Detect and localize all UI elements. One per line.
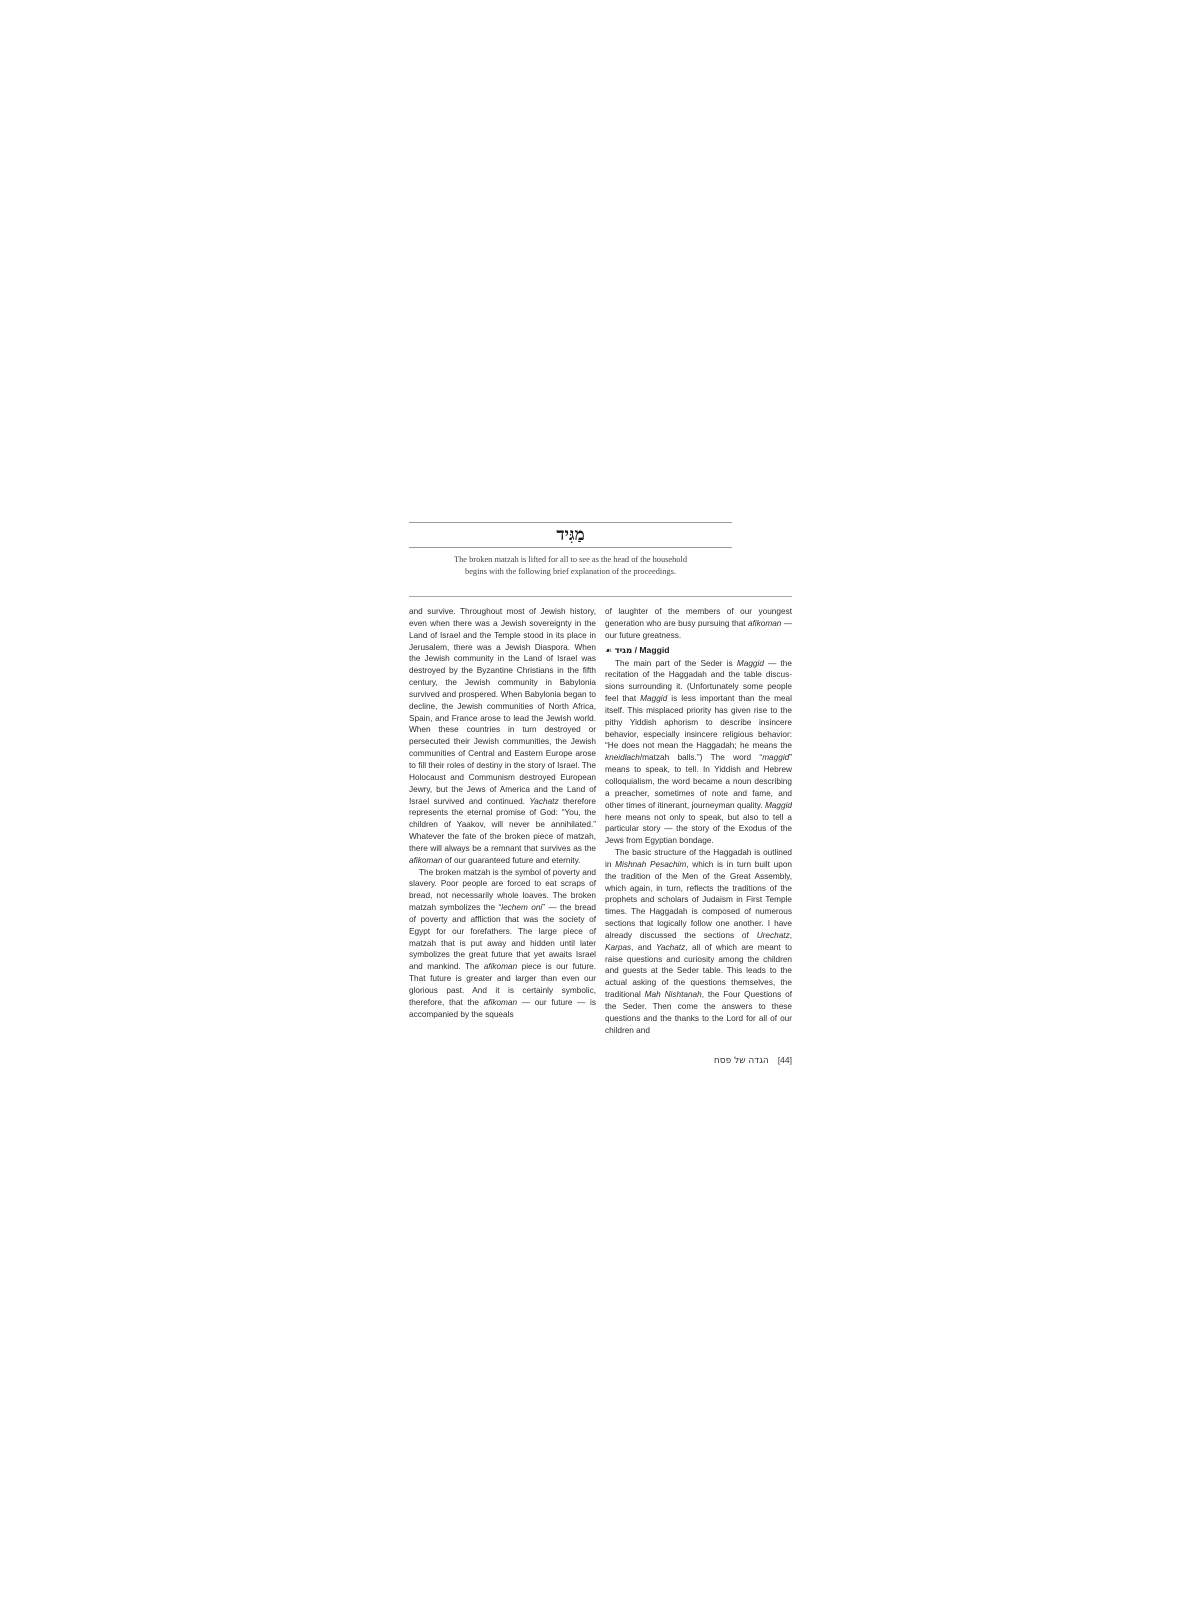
page-number: [44] [778,1055,792,1065]
ritual-instruction: The broken matzah is lifted for all to s… [409,554,732,577]
italic-term: maggid [762,753,789,762]
right-column: of laughter of the members of our younge… [605,606,792,1037]
italic-term: Karpas [605,943,631,952]
italic-term: Maggid [640,694,667,703]
page-footer: הגדה של פסח [44] [714,1055,792,1066]
paragraph: The broken matzah is the symbol of pover… [409,867,596,1021]
italic-term: afiko­man [748,619,781,628]
italic-term: Maggid [737,659,764,668]
italic-term: Yachatz [656,943,685,952]
italic-term: lechem oni [501,903,542,912]
italic-term: kneidlach [605,753,640,762]
section-heading-maggid: ☙ מגיד / Maggid [605,644,792,657]
italic-term: Maggid [765,801,792,810]
section-title-hebrew: מַגִּיד [409,523,732,547]
book-page: מַגִּיד The broken matzah is lifted for … [409,522,792,1037]
title-bottom-rule [409,547,732,548]
commentary-divider [409,596,792,597]
instruction-line-1: The broken matzah is lifted for all to s… [409,554,732,566]
instruction-line-2: begins with the following brief explanat… [409,566,732,578]
running-footer-title: הגדה של פסח [714,1056,769,1066]
italic-term: Urechatz [757,931,790,940]
italic-term: Yachatz [529,797,558,806]
section-title-block: מַגִּיד [409,522,732,548]
section-heading-hebrew: מגיד [615,646,633,656]
fleuron-ornament-icon: ☙ [605,646,612,655]
italic-term: afiko­man [484,962,517,971]
paragraph: and survive. Throughout most of Jewish h… [409,606,596,867]
left-column: and survive. Throughout most of Jewish h… [409,606,596,1037]
italic-term: Mishnah Pesachim [615,860,686,869]
italic-term: afikoman [409,856,442,865]
paragraph: The basic structure of the Haggadah is o… [605,847,792,1037]
paragraph: The main part of the Seder is Maggid — t… [605,658,792,848]
section-heading-english: Maggid [639,645,669,655]
italic-term: afikoman [484,998,517,1007]
italic-term: Mah Nish­tanah [645,990,702,999]
paragraph: of laughter of the members of our younge… [605,606,792,642]
commentary-columns: and survive. Throughout most of Jewish h… [409,606,792,1037]
